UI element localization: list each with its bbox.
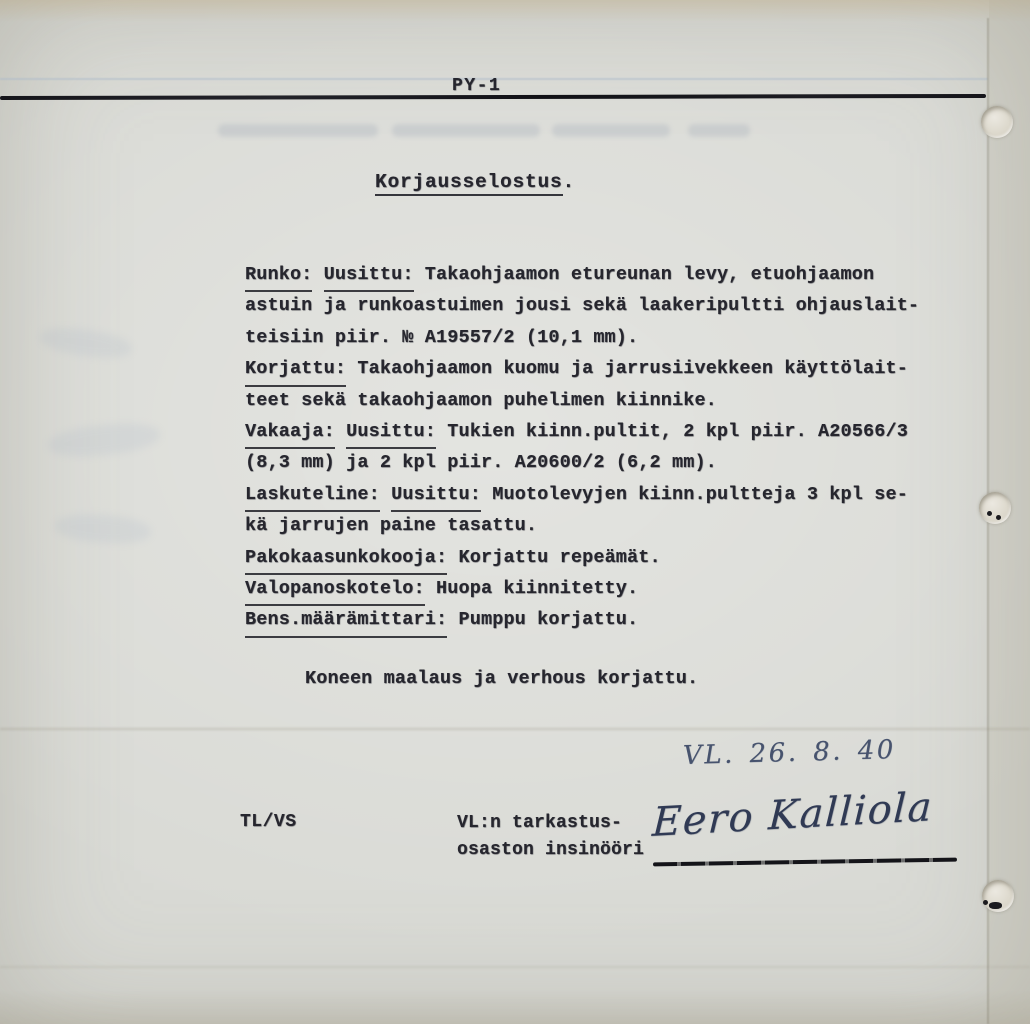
bleed-through-smudge [47, 419, 162, 461]
bleed-through-text [552, 124, 670, 137]
body-line: Pakokaasunkokooja: Korjattu repeämät. [245, 542, 925, 573]
signer-role: VL:n tarkastus-osaston insinööri [457, 810, 644, 864]
text-segment: teet sekä takaohjaamon puhelimen kiinnik… [245, 385, 717, 416]
body-line: kä jarrujen paine tasattu. [245, 510, 925, 541]
ink-mark [987, 511, 992, 516]
punch-hole [979, 492, 1011, 524]
ink-mark [996, 515, 1001, 520]
text-segment: Muotolevyjen kiinn.pultteja 3 kpl se- [481, 479, 908, 510]
document-title-text: Korjausselostus [375, 171, 563, 196]
body-line: Valopanoskotelo: Huopa kiinnitetty. [245, 573, 925, 604]
ink-mark [983, 900, 988, 905]
body-line: teisiin piir. № A19557/2 (10,1 mm). [245, 322, 925, 353]
signature-underline [653, 858, 957, 867]
text-segment: Huopa kiinnitetty. [425, 573, 639, 604]
body-line: astuin ja runkoastuimen jousi sekä laake… [245, 290, 925, 321]
text-segment: (8,3 mm) ja 2 kpl piir. A20600/2 (6,2 mm… [245, 447, 717, 478]
text-segment: Korjattu repeämät. [447, 542, 661, 573]
body-line: Bens.määrämittari: Pumppu korjattu. [245, 604, 925, 635]
field-label: Pakokaasunkokooja: [245, 542, 447, 575]
field-label: Uusittu: [346, 416, 436, 449]
text-segment: Tukien kiinn.pultit, 2 kpl piir. A20566/… [436, 416, 908, 447]
bleed-through-smudge [39, 324, 134, 363]
punch-hole [982, 880, 1014, 912]
closing-line: Koneen maalaus ja verhous korjattu. [305, 668, 698, 689]
field-label: Laskuteline: [245, 479, 380, 512]
body-line: teet sekä takaohjaamon puhelimen kiinnik… [245, 385, 925, 416]
bleed-through-text [218, 124, 378, 137]
field-label: Bens.määrämittari: [245, 604, 447, 637]
text-segment [335, 416, 346, 447]
signer-role-line1: VL:n tarkastus- [457, 813, 622, 833]
body-line: Korjattu: Takaohjaamon kuomu ja jarrusii… [245, 353, 925, 384]
text-segment: Pumppu korjattu. [447, 604, 638, 635]
text-segment: astuin ja runkoastuimen jousi sekä laake… [245, 290, 919, 321]
document-title-period: . [563, 171, 576, 193]
bleed-through-text [392, 124, 540, 137]
page-code: PY-1 [452, 76, 501, 96]
scanned-document-page: PY-1 Korjausselostus. Runko: Uusittu: Ta… [0, 0, 1030, 1024]
body-line: (8,3 mm) ja 2 kpl piir. A20600/2 (6,2 mm… [245, 447, 925, 478]
body-line: Vakaaja: Uusittu: Tukien kiinn.pultit, 2… [245, 416, 925, 447]
signer-role-line2: osaston insinööri [457, 840, 644, 860]
text-segment: teisiin piir. № A19557/2 (10,1 mm). [245, 322, 638, 353]
body-line: Runko: Uusittu: Takaohjaamon etureunan l… [245, 259, 925, 290]
header-rule [0, 94, 986, 100]
field-label: Korjattu: [245, 353, 346, 386]
text-segment: Takaohjaamon kuomu ja jarrusiivekkeen kä… [346, 353, 908, 384]
text-segment: Takaohjaamon etureunan levy, etuohjaamon [414, 259, 875, 290]
paper-crease [0, 966, 1030, 968]
field-label: Valopanoskotelo: [245, 573, 425, 606]
handwritten-signature: Eero Kalliola [651, 784, 934, 846]
handwritten-date: VL. 26. 8. 40 [683, 735, 897, 771]
text-segment [380, 479, 391, 510]
bleed-through-smudge [54, 512, 152, 547]
bleed-through-text [688, 124, 750, 137]
text-segment [312, 259, 323, 290]
punch-hole [981, 106, 1013, 138]
field-label: Runko: [245, 259, 312, 292]
typist-initials: TL/VS [240, 812, 297, 832]
field-label: Vakaaja: [245, 416, 335, 449]
text-segment: kä jarrujen paine tasattu. [245, 510, 537, 541]
repair-description-body: Runko: Uusittu: Takaohjaamon etureunan l… [245, 259, 925, 636]
ink-mark [989, 902, 1002, 909]
field-label: Uusittu: [391, 479, 481, 512]
field-label: Uusittu: [324, 259, 414, 292]
document-title: Korjausselostus. [375, 171, 575, 196]
paper-crease [0, 728, 1030, 730]
body-line: Laskuteline: Uusittu: Muotolevyjen kiinn… [245, 479, 925, 510]
